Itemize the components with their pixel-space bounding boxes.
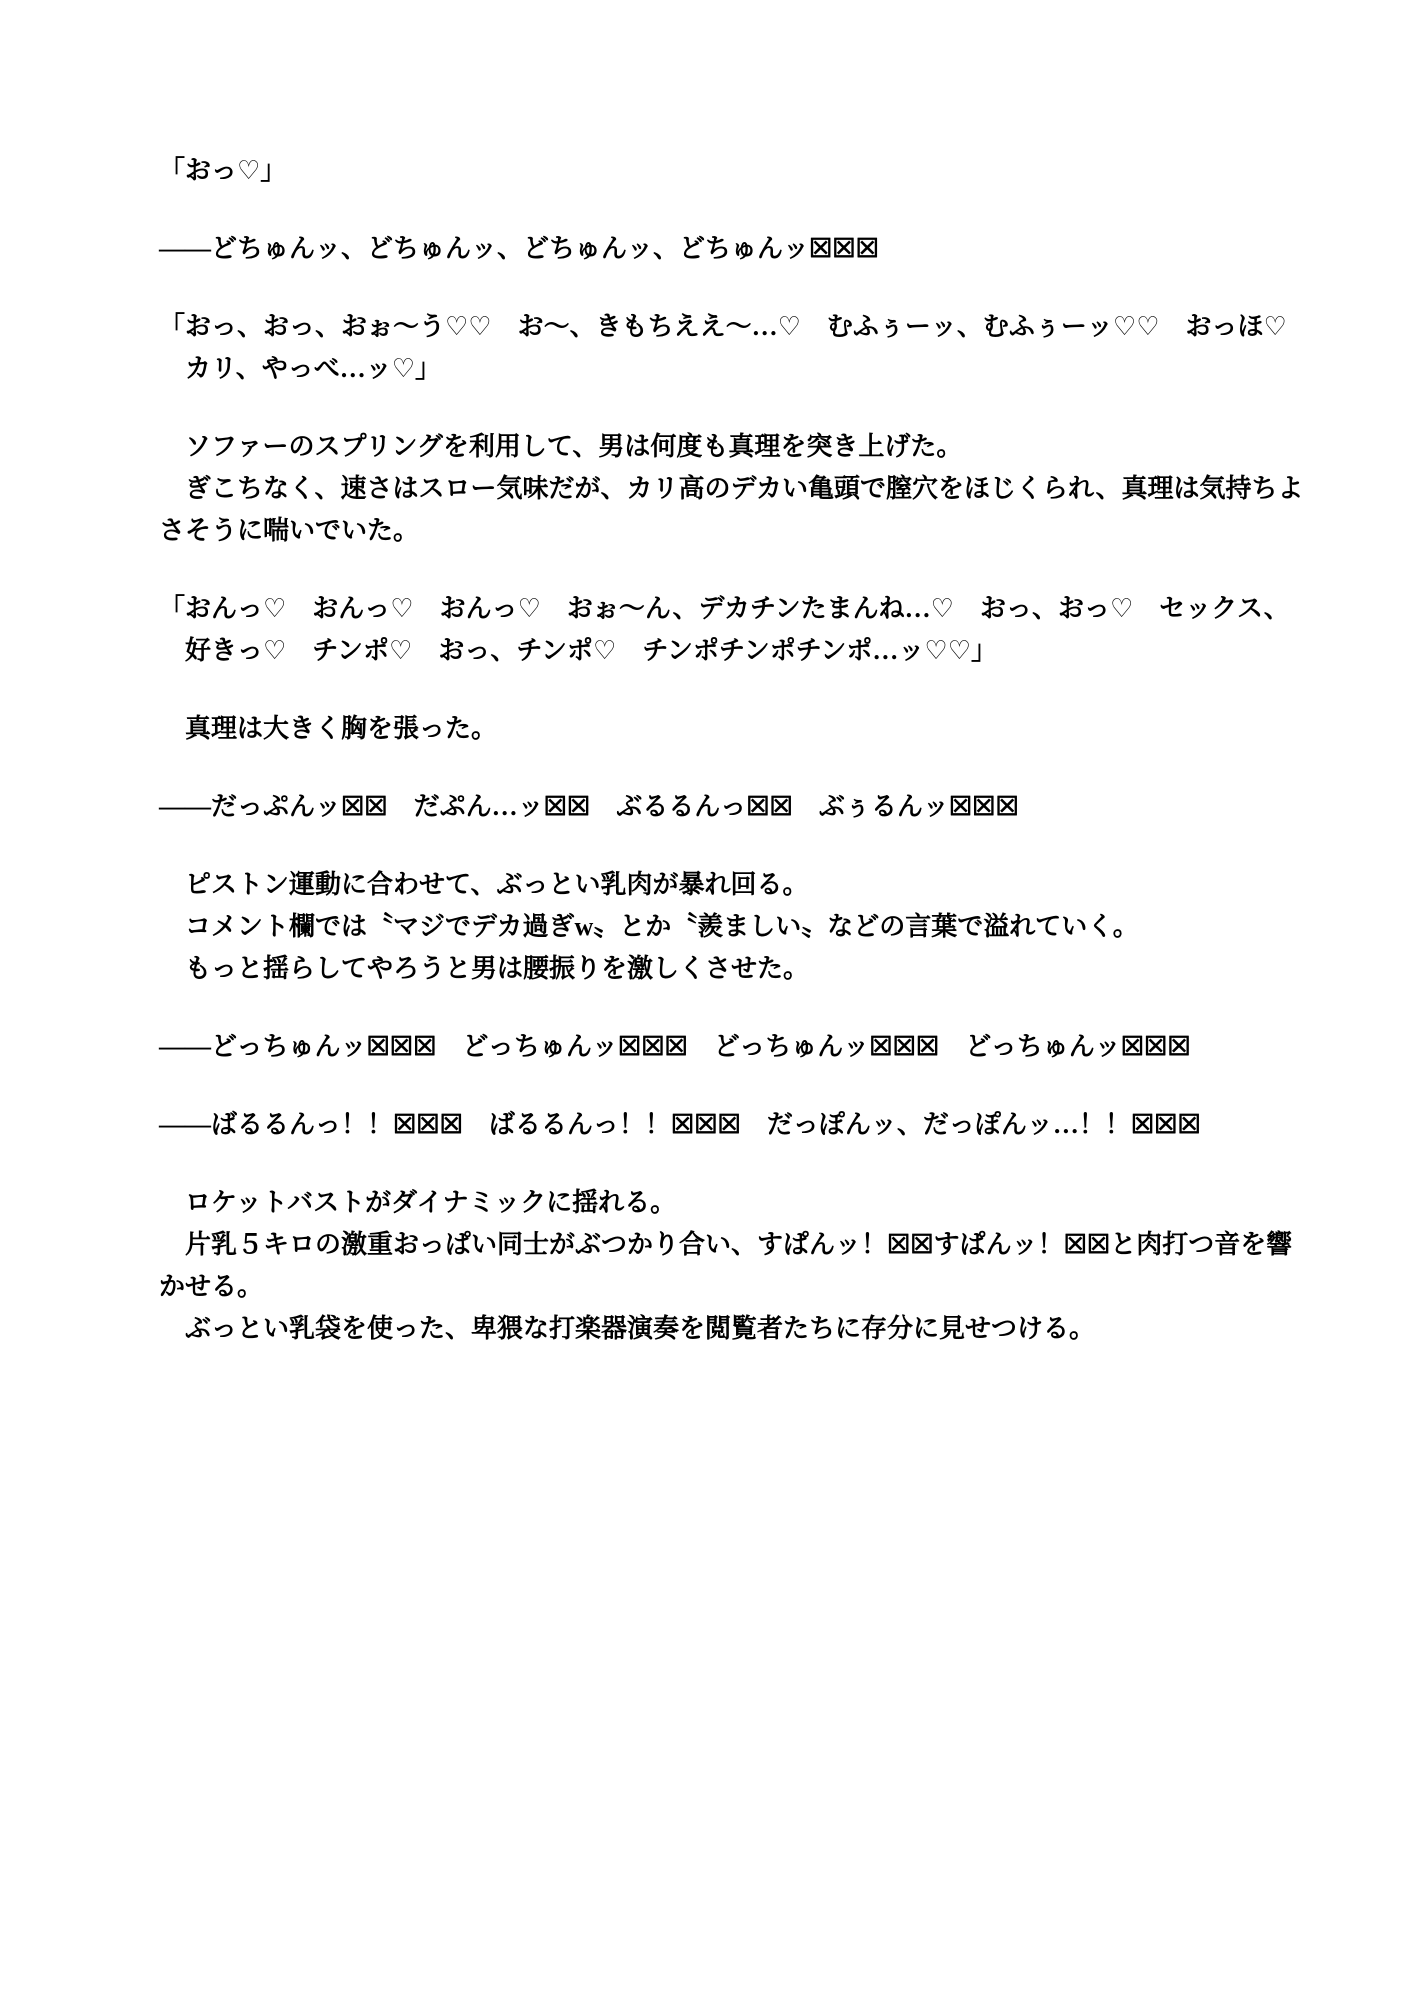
text-body: 「おっ♡」 ――どちゅんッ、どちゅんッ、どちゅんッ、どちゅんッ☒☒☒ 「おっ、お… [159,150,1317,1350]
text-line: カリ、やっべ…ッ♡」 [159,348,1317,390]
document-page: 「おっ♡」 ――どちゅんッ、どちゅんッ、どちゅんッ、どちゅんッ☒☒☒ 「おっ、お… [0,0,1417,2000]
text-line: 「おんっ♡ おんっ♡ おんっ♡ おぉ～ん、デカチンたまんね…♡ おっ、おっ♡ セ… [159,588,1317,630]
text-line: ピストン運動に合わせて、ぶっとい乳肉が暴れ回る。 [159,864,1317,906]
text-line: かせる。 [159,1266,1317,1308]
text-line: ――どちゅんッ、どちゅんッ、どちゅんッ、どちゅんッ☒☒☒ [159,228,1317,270]
text-line: コメント欄では〝マジでデカ過ぎw〟とか〝羨ましい〟などの言葉で溢れていく。 [159,906,1317,948]
text-line: さそうに喘いでいた。 [159,510,1317,552]
text-line: ぎこちなく、速さはスロー気味だが、カリ高のデカい亀頭で膣穴をほじくられ、真理は気… [159,468,1317,510]
text-line: 好きっ♡ チンポ♡ おっ、チンポ♡ チンポチンポチンポ…ッ♡♡」 [159,630,1317,672]
text-line: 真理は大きく胸を張った。 [159,708,1317,750]
text-line: ソファーのスプリングを利用して、男は何度も真理を突き上げた。 [159,426,1317,468]
text-line: もっと揺らしてやろうと男は腰振りを激しくさせた。 [159,948,1317,990]
text-line: ――だっぷんッ☒☒ だぷん…ッ☒☒ ぶるるんっ☒☒ ぶぅるんッ☒☒☒ [159,786,1317,828]
text-line: 「おっ♡」 [159,150,1317,192]
text-line: 片乳５キロの激重おっぱい同士がぶつかり合い、すぱんッ！☒☒すぱんッ！☒☒と肉打つ… [159,1224,1317,1266]
text-line: ロケットバストがダイナミックに揺れる。 [159,1182,1317,1224]
text-line: ――どっちゅんッ☒☒☒ どっちゅんッ☒☒☒ どっちゅんッ☒☒☒ どっちゅんッ☒☒… [159,1026,1317,1068]
text-line: 「おっ、おっ、おぉ～う♡♡ お～、きもちええ～…♡ むふぅーッ、むふぅーッ♡♡ … [159,306,1317,348]
text-line: ぶっとい乳袋を使った、卑猥な打楽器演奏を閲覧者たちに存分に見せつける。 [159,1308,1317,1350]
text-line: ――ばるるんっ！！☒☒☒ ばるるんっ！！☒☒☒ だっぽんッ、だっぽんッ…！！☒☒… [159,1104,1317,1146]
